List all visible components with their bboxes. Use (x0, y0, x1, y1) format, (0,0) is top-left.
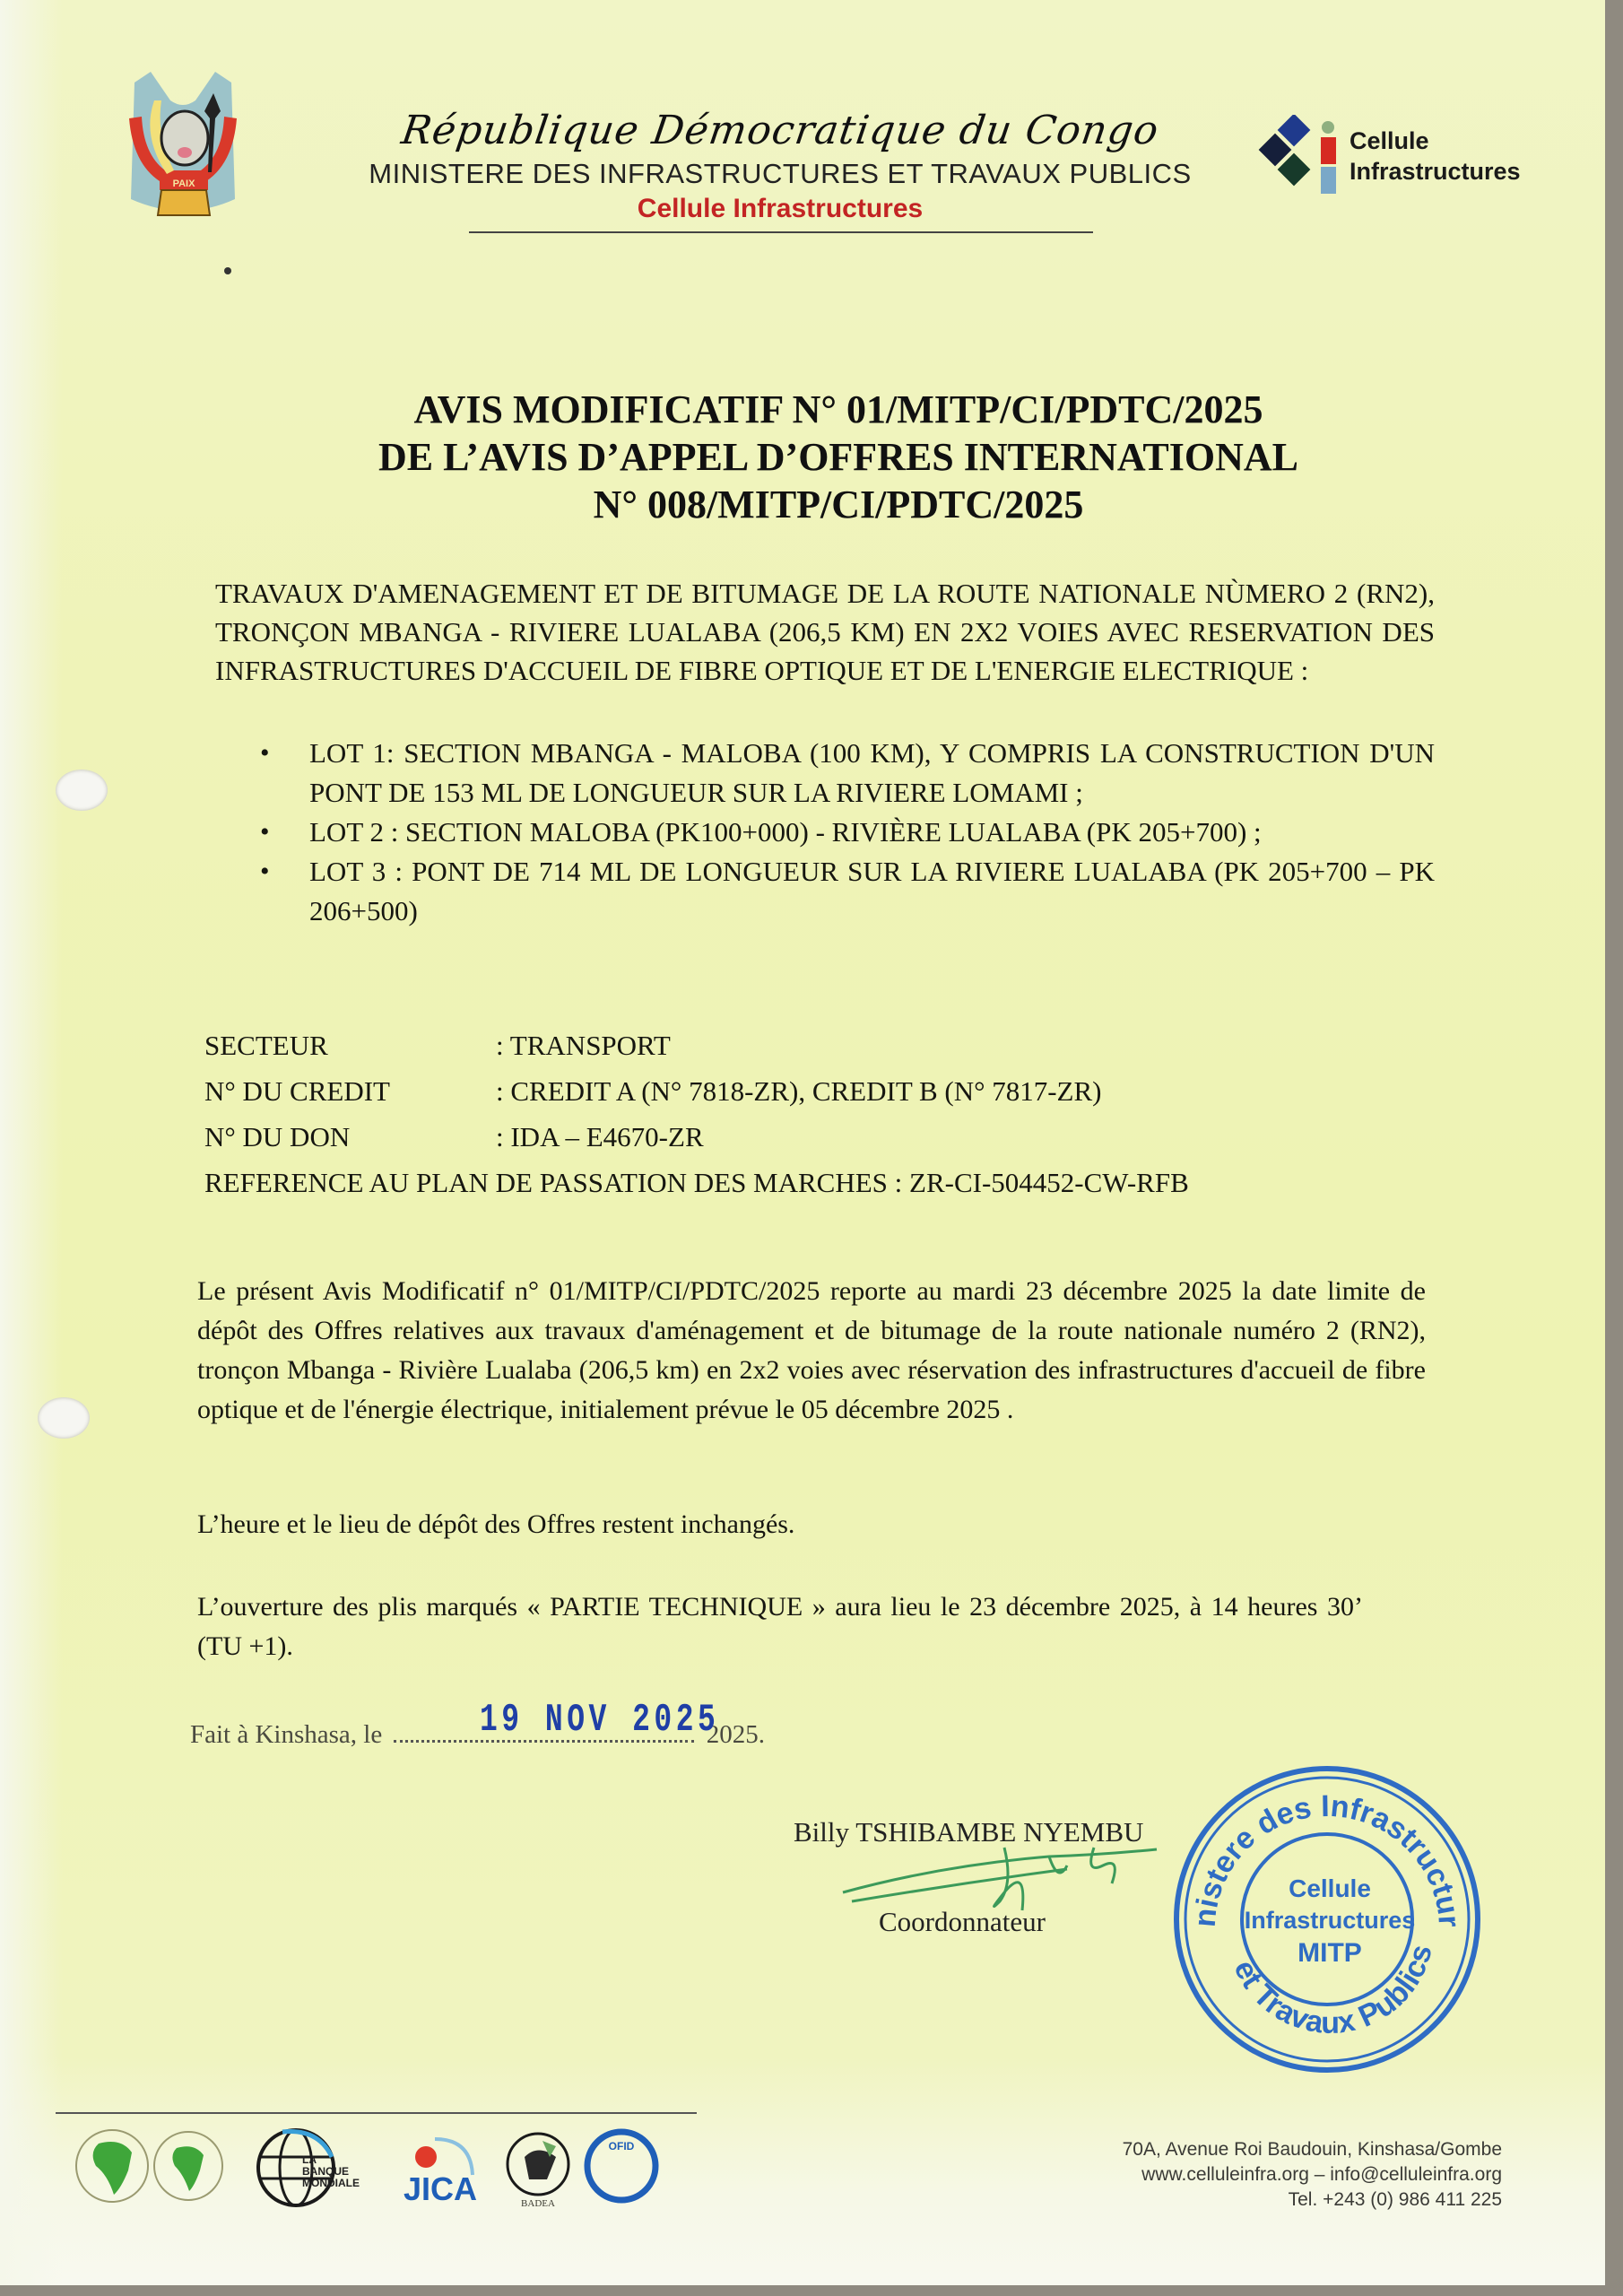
lots-list: LOT 1: SECTION MBANGA - MALOBA (100 KM),… (260, 734, 1435, 931)
info-row-reference: REFERENCE AU PLAN DE PASSATION DES MARCH… (204, 1160, 1460, 1205)
info-row-credit: N° DU CREDIT : CREDIT A (N° 7818-ZR), CR… (204, 1068, 1460, 1114)
list-item: LOT 3 : PONT DE 714 ML DE LONGUEUR SUR L… (260, 852, 1435, 931)
coat-of-arms-icon: PAIX (115, 65, 251, 228)
svg-text:MITP: MITP (1298, 1938, 1362, 1968)
republic-title: République Démocratique du Congo (355, 108, 1204, 154)
speck (224, 267, 231, 274)
jica-logo-icon: JICA (404, 2139, 477, 2207)
official-seal-icon: Ministere des Infrastructures et Travaux… (1161, 1749, 1493, 2081)
footer-divider (56, 2112, 697, 2114)
list-item: LOT 1: SECTION MBANGA - MALOBA (100 KM),… (260, 734, 1435, 813)
afdb-logo-icon (76, 2130, 148, 2202)
project-object: TRAVAUX D'AMENAGEMENT ET DE BITUMAGE DE … (215, 574, 1435, 690)
header-divider (469, 231, 1093, 233)
opening-paragraph: L’ouverture des plis marqués « PARTIE TE… (197, 1587, 1363, 1666)
afdf-logo-icon (154, 2132, 222, 2200)
ministry-name: MINISTERE DES INFRASTRUCTURES ET TRAVAUX… (359, 158, 1202, 190)
notice-title: AVIS MODIFICATIF N° 01/MITP/CI/PDTC/2025… (224, 386, 1453, 528)
letterhead: République Démocratique du Congo MINISTE… (359, 108, 1202, 224)
signer-role: Coordonnateur (879, 1906, 1046, 1938)
website-email[interactable]: www.celluleinfra.org – info@celluleinfra… (968, 2162, 1502, 2187)
unit-name: Cellule Infrastructures (359, 194, 1202, 224)
document-page: PAIX République Démocratique du Congo MI… (0, 0, 1605, 2285)
svg-text:Infrastructures: Infrastructures (1245, 1907, 1416, 1934)
ofid-logo-icon: OFID (587, 2132, 655, 2200)
info-row-sector: SECTEUR : TRANSPORT (204, 1022, 1460, 1068)
badea-logo-icon: BADEA (508, 2134, 568, 2209)
unchanged-paragraph: L’heure et le lieu de dépôt des Offres r… (197, 1505, 1426, 1544)
partner-logos: JICA BADEA OFID (58, 2121, 704, 2211)
contact-address: 70A, Avenue Roi Baudouin, Kinshasa/Gombe… (968, 2137, 1502, 2213)
date-stamp: 19 NOV 2025 (480, 1698, 719, 1743)
punch-hole-bottom (38, 1397, 90, 1439)
info-row-grant: N° DU DON : IDA – E4670-ZR (204, 1114, 1460, 1160)
phone-number: Tel. +243 (0) 986 411 225 (968, 2187, 1502, 2213)
world-bank-label: LA BANQUE MONDIALE (302, 2154, 365, 2189)
svg-text:JICA: JICA (404, 2170, 477, 2207)
logo-text: Cellule Infrastructures (1350, 126, 1521, 187)
svg-text:BADEA: BADEA (521, 2198, 555, 2209)
svg-text:Cellule: Cellule (1289, 1874, 1371, 1902)
svg-text:OFID: OFID (609, 2140, 635, 2152)
svg-text:PAIX: PAIX (173, 178, 196, 189)
project-info: SECTEUR : TRANSPORT N° DU CREDIT : CREDI… (204, 1022, 1460, 1205)
list-item: LOT 2 : SECTION MALOBA (PK100+000) - RIV… (260, 813, 1435, 852)
punch-hole-top (56, 770, 108, 811)
main-paragraph: Le présent Avis Modificatif n° 01/MITP/C… (197, 1272, 1426, 1430)
